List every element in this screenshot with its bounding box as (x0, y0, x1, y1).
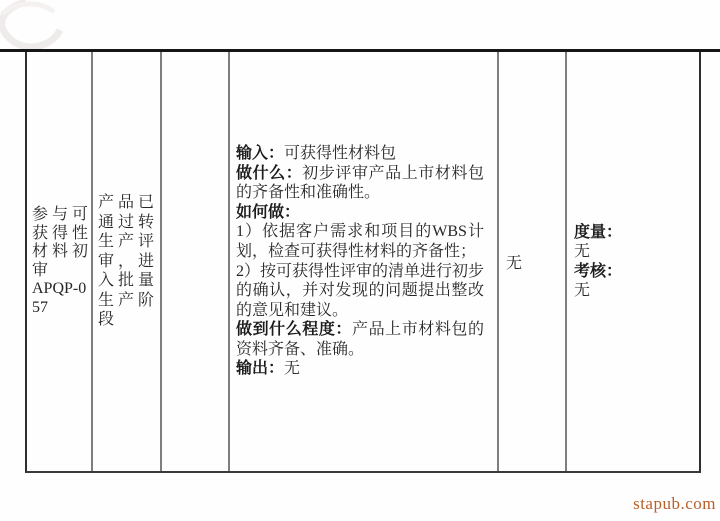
detail-cell: 输入：可获得性材料包 做什么：初步评审产品上市材料包的齐备性和准确性。 如何做：… (230, 52, 499, 471)
empty-spacer-cell (162, 52, 230, 471)
detail-paragraph: 如何做： (236, 203, 484, 223)
metric-value: 无 (574, 281, 699, 301)
detail-label: 做到什么程度： (236, 321, 352, 338)
detail-paragraph: 1）依据客户需求和项目的WBS计划，检查可获得性材料的齐备性； (236, 222, 484, 261)
assessment-cell: 度量： 无 考核： 无 (567, 52, 699, 471)
detail-paragraph: 做到什么程度：产品上市材料包的资料齐备、准确。 (236, 320, 484, 359)
status-cell: 产品已通过转生产评审，进入批量生产阶段 (93, 52, 162, 471)
corner-swoosh-decoration (0, 0, 110, 52)
activity-code: APQP-057 (32, 280, 88, 317)
detail-paragraph: 输入：可获得性材料包 (236, 144, 484, 164)
detail-label: 输出： (236, 360, 284, 377)
activity-title: 参与可获得性材料初审 (32, 206, 88, 280)
metric-value: 无 (574, 242, 699, 262)
detail-label: 做什么： (236, 165, 302, 182)
status-text: 产品已通过转生产评审，进入批量生产阶段 (98, 193, 154, 330)
detail-label: 如何做： (236, 204, 300, 221)
activity-cell: 参与可获得性材料初审 APQP-057 (27, 52, 93, 471)
output-flag-cell: 无 (499, 52, 567, 471)
detail-text: 1）依据客户需求和项目的WBS计划，检查可获得性材料的齐备性； (236, 223, 484, 260)
detail-paragraph: 做什么：初步评审产品上市材料包的齐备性和准确性。 (236, 164, 484, 203)
detail-text: 无 (284, 360, 300, 377)
watermark-text: stapub.com (633, 494, 716, 514)
output-flag-text: 无 (506, 250, 565, 273)
scanned-document-page: { "watermark": { "text": "stapub.com", "… (0, 0, 720, 521)
apqp-process-table: 参与可获得性材料初审 APQP-057 产品已通过转生产评审，进入批量生产阶段 … (25, 52, 701, 473)
detail-paragraph: 2）按可获得性评审的清单进行初步的确认，并对发现的问题提出整改的意见和建议。 (236, 262, 484, 321)
metric-label: 度量： (574, 223, 699, 243)
detail-paragraph: 输出：无 (236, 359, 484, 379)
metric-label: 考核： (574, 262, 699, 282)
detail-label: 输入： (236, 145, 284, 162)
detail-text: 可获得性材料包 (284, 145, 396, 162)
detail-text: 2）按可获得性评审的清单进行初步的确认，并对发现的问题提出整改的意见和建议。 (236, 263, 484, 319)
